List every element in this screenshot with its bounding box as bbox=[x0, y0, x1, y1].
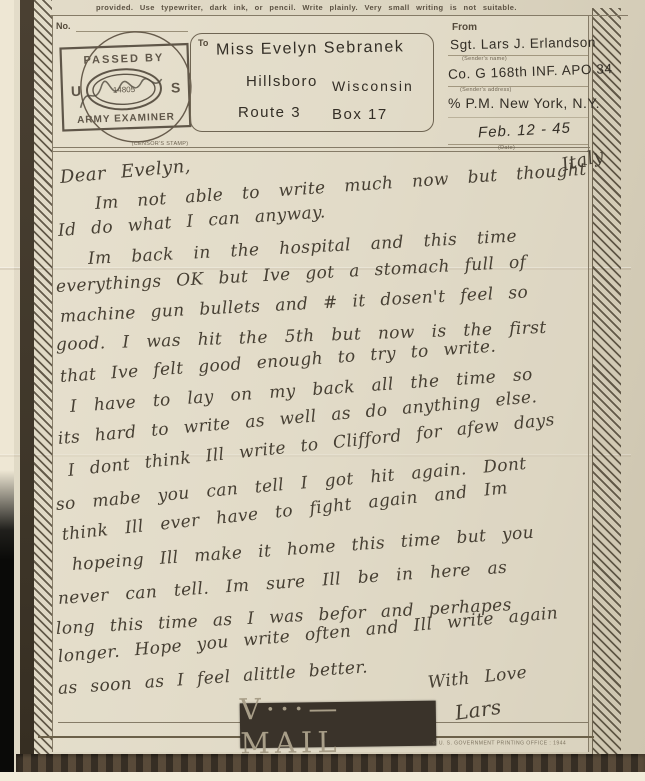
censor-stamp-caption: (CENSOR'S STAMP) bbox=[100, 141, 220, 147]
vmail-logo-box: V···—MAIL bbox=[240, 701, 437, 749]
sender-address-caption: (Sender's address) bbox=[460, 87, 512, 93]
to-state: Wisconsin bbox=[332, 78, 414, 94]
from-sender-address2: % P.M. New York, N.Y. bbox=[448, 95, 600, 111]
to-label: To bbox=[198, 38, 208, 48]
from-sender-name: Sgt. Lars J. Erlandson bbox=[450, 35, 596, 53]
gpo-imprint: ☆ U. S. GOVERNMENT PRINTING OFFICE : 194… bbox=[432, 740, 566, 746]
left-frame-rule bbox=[52, 16, 53, 752]
vmail-letter-scan: provided. Use typewriter, dark ink, or p… bbox=[0, 0, 645, 781]
to-box-number: Box 17 bbox=[332, 106, 388, 123]
scan-edge-shadow bbox=[0, 470, 14, 772]
right-hatched-border bbox=[592, 8, 621, 756]
sender-address2-line bbox=[448, 117, 588, 118]
censor-stamp: PASSED BY U S 14805 ARMY EXAMINER bbox=[56, 37, 209, 142]
to-route: Route 3 bbox=[238, 104, 301, 121]
date-caption: (Date) bbox=[498, 145, 515, 151]
left-dark-border bbox=[20, 0, 34, 756]
sender-name-caption: (Sender's name) bbox=[462, 56, 507, 62]
stamp-passed-by: PASSED BY bbox=[83, 52, 164, 67]
right-frame-rule bbox=[588, 16, 589, 752]
from-label: From bbox=[452, 22, 477, 33]
header-bottom-rule-2 bbox=[52, 151, 590, 152]
no-field-label: No. bbox=[56, 21, 71, 31]
header-top-rule bbox=[50, 15, 628, 16]
stamp-letter-u: U bbox=[71, 83, 82, 99]
stamp-letter-s: S bbox=[171, 79, 181, 95]
form-instructions: provided. Use typewriter, dark ink, or p… bbox=[96, 3, 517, 12]
to-city: Hillsboro bbox=[246, 73, 318, 90]
left-hatched-border bbox=[34, 0, 52, 756]
scan-bottom-edge bbox=[0, 772, 645, 781]
to-recipient-name: Miss Evelyn Sebranek bbox=[216, 38, 405, 59]
vmail-logo-text: V···—MAIL bbox=[240, 689, 437, 760]
date-line bbox=[448, 144, 588, 145]
